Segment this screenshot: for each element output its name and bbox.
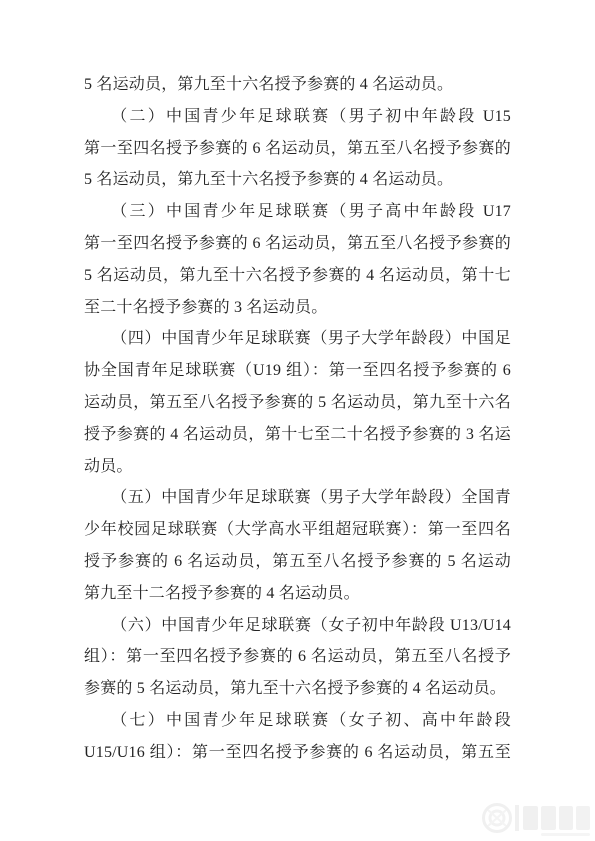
text-line: （四）中国青少年足球联赛（男子大学年龄段）中国足	[84, 323, 511, 355]
text-line: 授予参赛的 4 名运动员，第十七至二十名授予参赛的 3 名运	[84, 419, 511, 451]
document-text: 5 名运动员，第九至十六名授予参赛的 4 名运动员。（二）中国青少年足球联赛（男…	[84, 69, 511, 769]
watermark	[477, 793, 592, 839]
text-line: （五）中国青少年足球联赛（男子大学年龄段）全国青	[84, 482, 511, 514]
text-line: 授予参赛的 6 名运动员，第五至八名授予参赛的 5 名运动员，	[84, 546, 511, 578]
text-line: 动员。	[84, 451, 511, 483]
text-line: 第九至十二名授予参赛的 4 名运动员。	[84, 578, 511, 610]
text-line: （三）中国青少年足球联赛（男子高中年龄段 U17 组）：	[84, 196, 511, 228]
text-line: 协全国青年足球联赛（U19 组）：第一至四名授予参赛的 6 名	[84, 355, 511, 387]
text-line: 至二十名授予参赛的 3 名运动员。	[84, 292, 511, 324]
text-line: 5 名运动员，第九至十六名授予参赛的 4 名运动员，第十七	[84, 260, 511, 292]
text-line: 5 名运动员，第九至十六名授予参赛的 4 名运动员。	[84, 164, 511, 196]
text-line: 少年校园足球联赛（大学高水平组超冠联赛）：第一至四名	[84, 514, 511, 546]
text-line: （二）中国青少年足球联赛（男子初中年龄段 U15 组）：	[84, 101, 511, 133]
text-line: U15/U16 组）：第一至四名授予参赛的 6 名运动员，第五至八	[84, 737, 511, 769]
text-line: 第一至四名授予参赛的 6 名运动员，第五至八名授予参赛的	[84, 228, 511, 260]
document-page: 5 名运动员，第九至十六名授予参赛的 4 名运动员。（二）中国青少年足球联赛（男…	[0, 0, 595, 841]
text-line: 参赛的 5 名运动员，第九至十六名授予参赛的 4 名运动员。	[84, 673, 511, 705]
text-line: （六）中国青少年足球联赛（女子初中年龄段 U13/U14	[84, 610, 511, 642]
text-line: 运动员，第五至八名授予参赛的 5 名运动员，第九至十六名	[84, 387, 511, 419]
text-line: 组）：第一至四名授予参赛的 6 名运动员，第五至八名授予	[84, 641, 511, 673]
text-line: 第一至四名授予参赛的 6 名运动员，第五至八名授予参赛的	[84, 133, 511, 165]
watermark-logo-icon	[477, 793, 592, 839]
text-line: （七）中国青少年足球联赛（女子初、高中年龄段	[84, 705, 511, 737]
text-line: 5 名运动员，第九至十六名授予参赛的 4 名运动员。	[84, 69, 511, 101]
